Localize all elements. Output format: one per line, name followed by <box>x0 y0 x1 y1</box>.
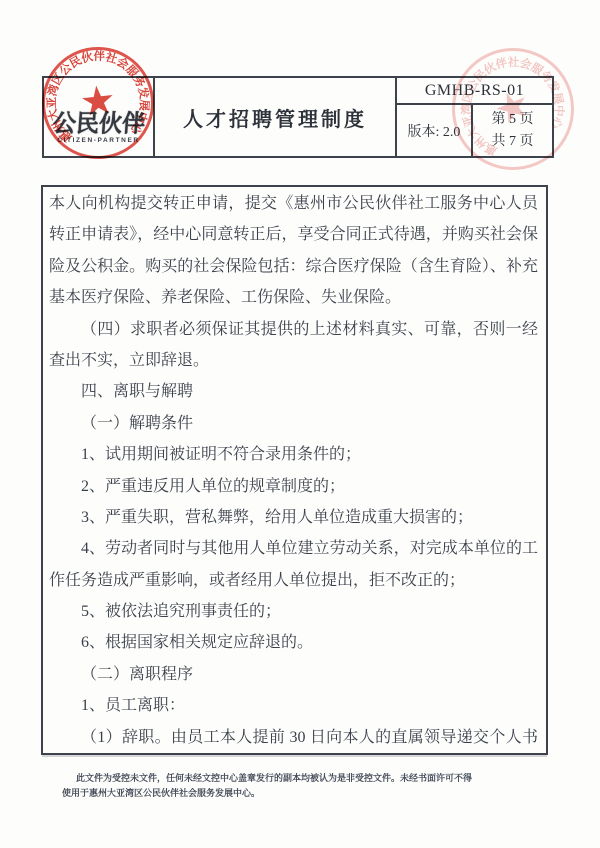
body-line: （1）辞职。由员工本人提前 30 日向本人的直属领导递交个人书 <box>49 722 538 753</box>
seal-arc-character: 社 <box>507 57 519 70</box>
body-line: （四）求职者必须保证其提供的上述材料真实、可靠，否则一经 <box>49 314 538 345</box>
body-line: 1、员工离职： <box>49 690 538 721</box>
body-line: 本人向机构提交转正申请，提交《惠州市公民伙伴社工服务中心人员 <box>49 188 538 219</box>
logo-cell: 公民伙伴 CITIZEN-PARTNER <box>44 78 155 156</box>
doc-meta-bottom: 版本: 2.0 第 5 页 共 7 页 <box>397 105 552 156</box>
document-title: 人才招聘管理制度 <box>155 78 395 156</box>
body-line: 险及公积金。购买的社会保险包括：综合医疗保险（含生育险）、补充 <box>49 251 538 282</box>
header-table: 公民伙伴 CITIZEN-PARTNER 人才招聘管理制度 GMHB-RS-01… <box>42 76 554 158</box>
footer-line: 使用于惠州大亚湾区公民伙伴社会服务发展中心。 <box>62 786 548 801</box>
body-line: 3、严重失职，营私舞弊，给用人单位造成重大损害的； <box>49 502 538 533</box>
page-current: 第 5 页 <box>492 109 534 131</box>
body-line: 4、劳动者同时与其他用人单位建立劳动关系，对完成本单位的工 <box>49 533 538 564</box>
doc-meta-cell: GMHB-RS-01 版本: 2.0 第 5 页 共 7 页 <box>395 78 552 156</box>
seal-arc-character: 伴 <box>93 51 105 64</box>
body-line: （一）解聘条件 <box>49 408 538 439</box>
page-total: 共 7 页 <box>492 131 534 153</box>
seal-arc-character: 会 <box>113 56 130 73</box>
body-line: 6、根据国家相关规定应辞退的。 <box>49 627 538 658</box>
seal-arc-character: 伴 <box>494 57 509 73</box>
body-line: 作任务造成严重影响，或者经用人单位提出，拒不改正的； <box>49 565 538 596</box>
control-notice: 此文件为受控未文件，任何未经文控中心盖章发行的副本均被认为是非受控文件。未经书面… <box>62 771 548 801</box>
brand-logo: 公民伙伴 <box>52 111 146 135</box>
seal-arc-character: 伙 <box>80 51 95 66</box>
body-line: 转正申请表》，经中心同意转正后，享受合同正式待遇，并购买社会保 <box>49 219 538 250</box>
doc-version: 版本: 2.0 <box>397 105 473 156</box>
seal-arc-character: 社 <box>103 51 118 67</box>
seal-arc-character: 民 <box>68 55 85 72</box>
body-line: （二）离职程序 <box>49 659 538 690</box>
doc-number: GMHB-RS-01 <box>397 78 552 105</box>
body-line: 2、严重违反用人单位的规章制度的； <box>49 471 538 502</box>
body-text-box: 本人向机构提交转正申请，提交《惠州市公民伙伴社工服务中心人员转正申请表》，经中心… <box>41 185 548 755</box>
brand-logo-latin: CITIZEN-PARTNER <box>57 137 139 144</box>
body-line: 5、被依法追究刑事责任的； <box>49 596 538 627</box>
body-line: 查出不实，立即辞退。 <box>49 345 538 376</box>
body-line: 四、离职与解聘 <box>49 376 538 407</box>
body-line: 1、试用期间被证明不符合录用条件的； <box>49 439 538 470</box>
body-line: 基本医疗保险、养老保险、工伤保险、失业保险。 <box>49 282 538 313</box>
document-page: ★ 惠州大亚湾区公民伙伴社会服务发展中心 ★ 惠州大亚湾区公民伙伴社会服务发展中… <box>0 0 600 848</box>
seal-arc-character: 会 <box>518 57 533 73</box>
footer-line: 此文件为受控未文件，任何未经文控中心盖章发行的副本均被认为是非受控文件。未经书面… <box>62 771 548 786</box>
doc-pagination: 第 5 页 共 7 页 <box>473 105 552 156</box>
